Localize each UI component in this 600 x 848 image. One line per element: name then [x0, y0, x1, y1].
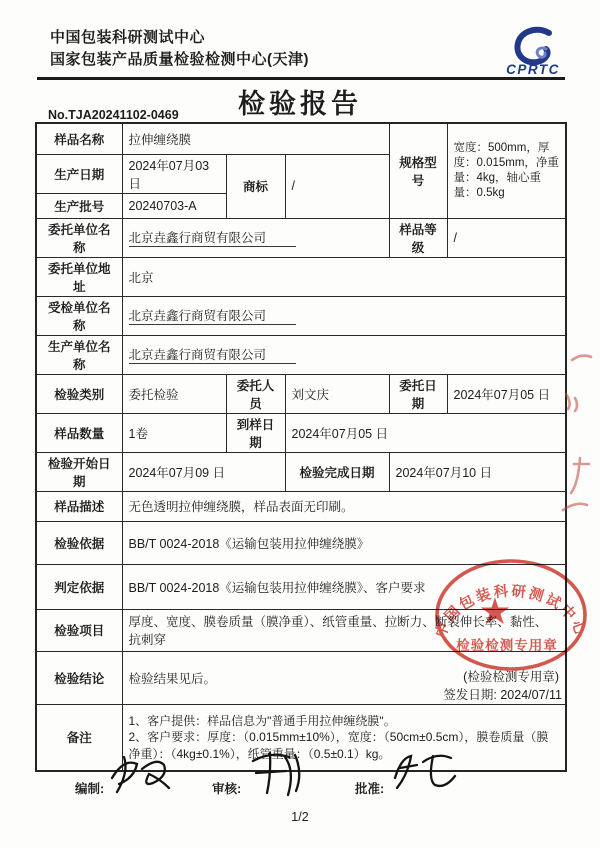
spec-label: 规格型号 — [389, 123, 447, 218]
signature-reviewed — [243, 749, 305, 799]
arrive-date-label: 到样日期 — [226, 413, 285, 452]
inspected-name-label: 受检单位名称 — [36, 296, 122, 335]
conclusion-cell: 检验结果见后。 (检验检测专用章) 签发日期: 2024/07/11 — [122, 651, 566, 704]
entrust-person-label: 委托人员 — [226, 374, 285, 413]
batch-no-label: 生产批号 — [36, 193, 122, 218]
sample-grade-label: 样品等级 — [389, 218, 447, 257]
sample-name-value: 拉伸缠绕膜 — [122, 123, 389, 154]
end-date-label: 检验完成日期 — [285, 452, 389, 491]
entrust-person-value: 刘文庆 — [285, 374, 389, 413]
insp-basis-value: BB/T 0024-2018《运输包装用拉伸缠绕膜》 — [122, 521, 566, 564]
end-date-value: 2024年07月10 日 — [389, 452, 566, 491]
sample-name-label: 样品名称 — [36, 123, 122, 154]
inspected-name-value: 北京垚鑫行商贸有限公司 — [122, 296, 566, 335]
org-name-line1: 中国包装科研测试中心 — [50, 27, 309, 49]
start-date-label: 检验开始日期 — [36, 452, 122, 491]
start-date-value: 2024年07月09 日 — [122, 452, 285, 491]
conclusion-label: 检验结论 — [36, 651, 122, 704]
remark-cell: 1、客户提供：样品信息为"普通手用拉伸缠绕膜"。 2、客户要求：厚度：（0.01… — [122, 704, 566, 771]
issue-date-text: 签发日期: 2024/07/11 — [443, 685, 562, 703]
batch-no-value: 20240703-A — [122, 193, 226, 218]
signature-prepared — [104, 752, 178, 798]
org-name-line2: 国家包装产品质量检验检测中心(天津) — [50, 49, 309, 71]
insp-items-label: 检验项目 — [36, 609, 122, 651]
header-divider — [37, 77, 565, 80]
insp-items-value: 厚度、宽度、膜卷质量（膜净重）、纸管重量、拉断力、断裂伸长率、黏性、抗刺穿 — [122, 609, 566, 651]
sample-qty-label: 样品数量 — [36, 413, 122, 452]
spec-value: 宽度：500mm，厚度：0.015mm，净重量：4kg，轴心重量：0.5kg — [447, 123, 566, 218]
header-org-block: 中国包装科研测试中心 国家包装产品质量检验检测中心(天津) — [50, 27, 309, 71]
sample-grade-value: / — [447, 218, 566, 257]
sample-qty-value: 1卷 — [122, 413, 226, 452]
judge-basis-label: 判定依据 — [36, 564, 122, 609]
trademark-value: / — [285, 154, 389, 218]
prepared-by-label: 编制: — [75, 779, 104, 797]
insp-type-label: 检验类别 — [36, 374, 122, 413]
reviewed-by-label: 审核: — [212, 779, 241, 797]
remark-line1: 1、客户提供：样品信息为"普通手用拉伸缠绕膜"。 — [129, 713, 560, 730]
prod-date-value: 2024年07月03 日 — [122, 154, 226, 193]
sample-desc-label: 样品描述 — [36, 491, 122, 521]
signature-approved — [387, 748, 461, 796]
client-name-value: 北京垚鑫行商贸有限公司 — [122, 218, 389, 257]
insp-type-value: 委托检验 — [122, 374, 226, 413]
arrive-date-value: 2024年07月05 日 — [285, 413, 566, 452]
report-table: 样品名称 拉伸缠绕膜 规格型号 宽度：500mm，厚度：0.015mm，净重量：… — [35, 122, 567, 772]
trademark-label: 商标 — [226, 154, 285, 218]
prod-date-label: 生产日期 — [36, 154, 122, 193]
judge-basis-value: BB/T 0024-2018《运输包装用拉伸缠绕膜》、客户要求 — [122, 564, 566, 609]
stamp-note-text: (检验检测专用章) — [463, 667, 559, 685]
page-number: 1/2 — [0, 810, 600, 824]
report-page: 中国包装科研测试中心 国家包装产品质量检验检测中心(天津) CPRTC 检验报告… — [0, 0, 600, 848]
logo-text: CPRTC — [506, 62, 560, 76]
producer-name-value: 北京垚鑫行商贸有限公司 — [122, 335, 566, 374]
client-name-label: 委托单位名称 — [36, 218, 122, 257]
sample-desc-value: 无色透明拉伸缠绕膜，样品表面无印刷。 — [122, 491, 566, 521]
producer-name-label: 生产单位名称 — [36, 335, 122, 374]
remark-line2: 2、客户要求：厚度：（0.015mm±10%），宽度：（50cm±0.5cm），… — [129, 729, 560, 762]
entrust-date-label: 委托日期 — [389, 374, 447, 413]
approved-by-label: 批准: — [355, 779, 384, 797]
client-addr-value: 北京 — [122, 257, 566, 296]
entrust-date-value: 2024年07月05 日 — [447, 374, 566, 413]
client-addr-label: 委托单位地址 — [36, 257, 122, 296]
insp-basis-label: 检验依据 — [36, 521, 122, 564]
cprtc-logo-icon: CPRTC — [497, 26, 569, 76]
